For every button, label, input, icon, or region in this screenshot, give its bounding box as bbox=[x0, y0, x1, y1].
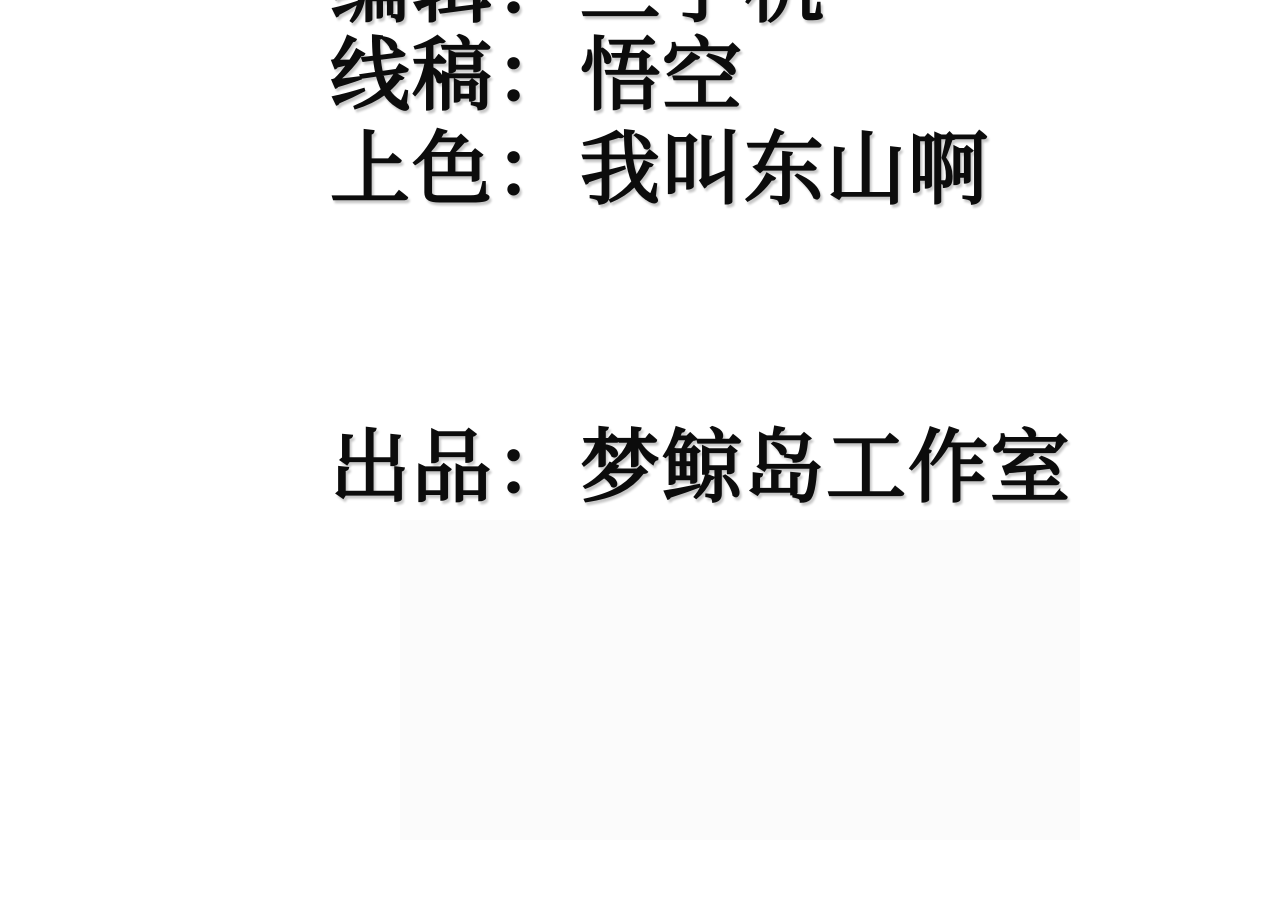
credit-line-coloring: 上色 ： 我叫东山啊 bbox=[330, 130, 990, 210]
credit-colon: ： bbox=[495, 428, 580, 508]
background-texture bbox=[400, 520, 1080, 840]
credit-line-producer: 出品 ： 梦鲸岛工作室 bbox=[330, 428, 1072, 508]
credit-colon: ： bbox=[495, 130, 580, 210]
credit-label: 出品 bbox=[330, 428, 495, 508]
credit-label: 上色 bbox=[330, 130, 495, 210]
credit-label: 线稿 bbox=[330, 36, 495, 116]
credit-value: 悟空 bbox=[580, 36, 744, 116]
credit-value: 我叫东山啊 bbox=[580, 130, 990, 210]
credit-value: 三手机 bbox=[580, 0, 826, 28]
credit-value: 梦鲸岛工作室 bbox=[580, 428, 1072, 508]
credits-page: 编辑 ： 三手机 线稿 ： 悟空 上色 ： 我叫东山啊 出品 ： 梦鲸岛工作室 bbox=[0, 0, 1280, 900]
credit-line-editor: 编辑 ： 三手机 bbox=[330, 0, 826, 28]
credit-line-lineart: 线稿 ： 悟空 bbox=[330, 36, 744, 116]
credit-label: 编辑 bbox=[330, 0, 495, 28]
credit-colon: ： bbox=[495, 36, 580, 116]
credit-colon: ： bbox=[495, 0, 580, 28]
